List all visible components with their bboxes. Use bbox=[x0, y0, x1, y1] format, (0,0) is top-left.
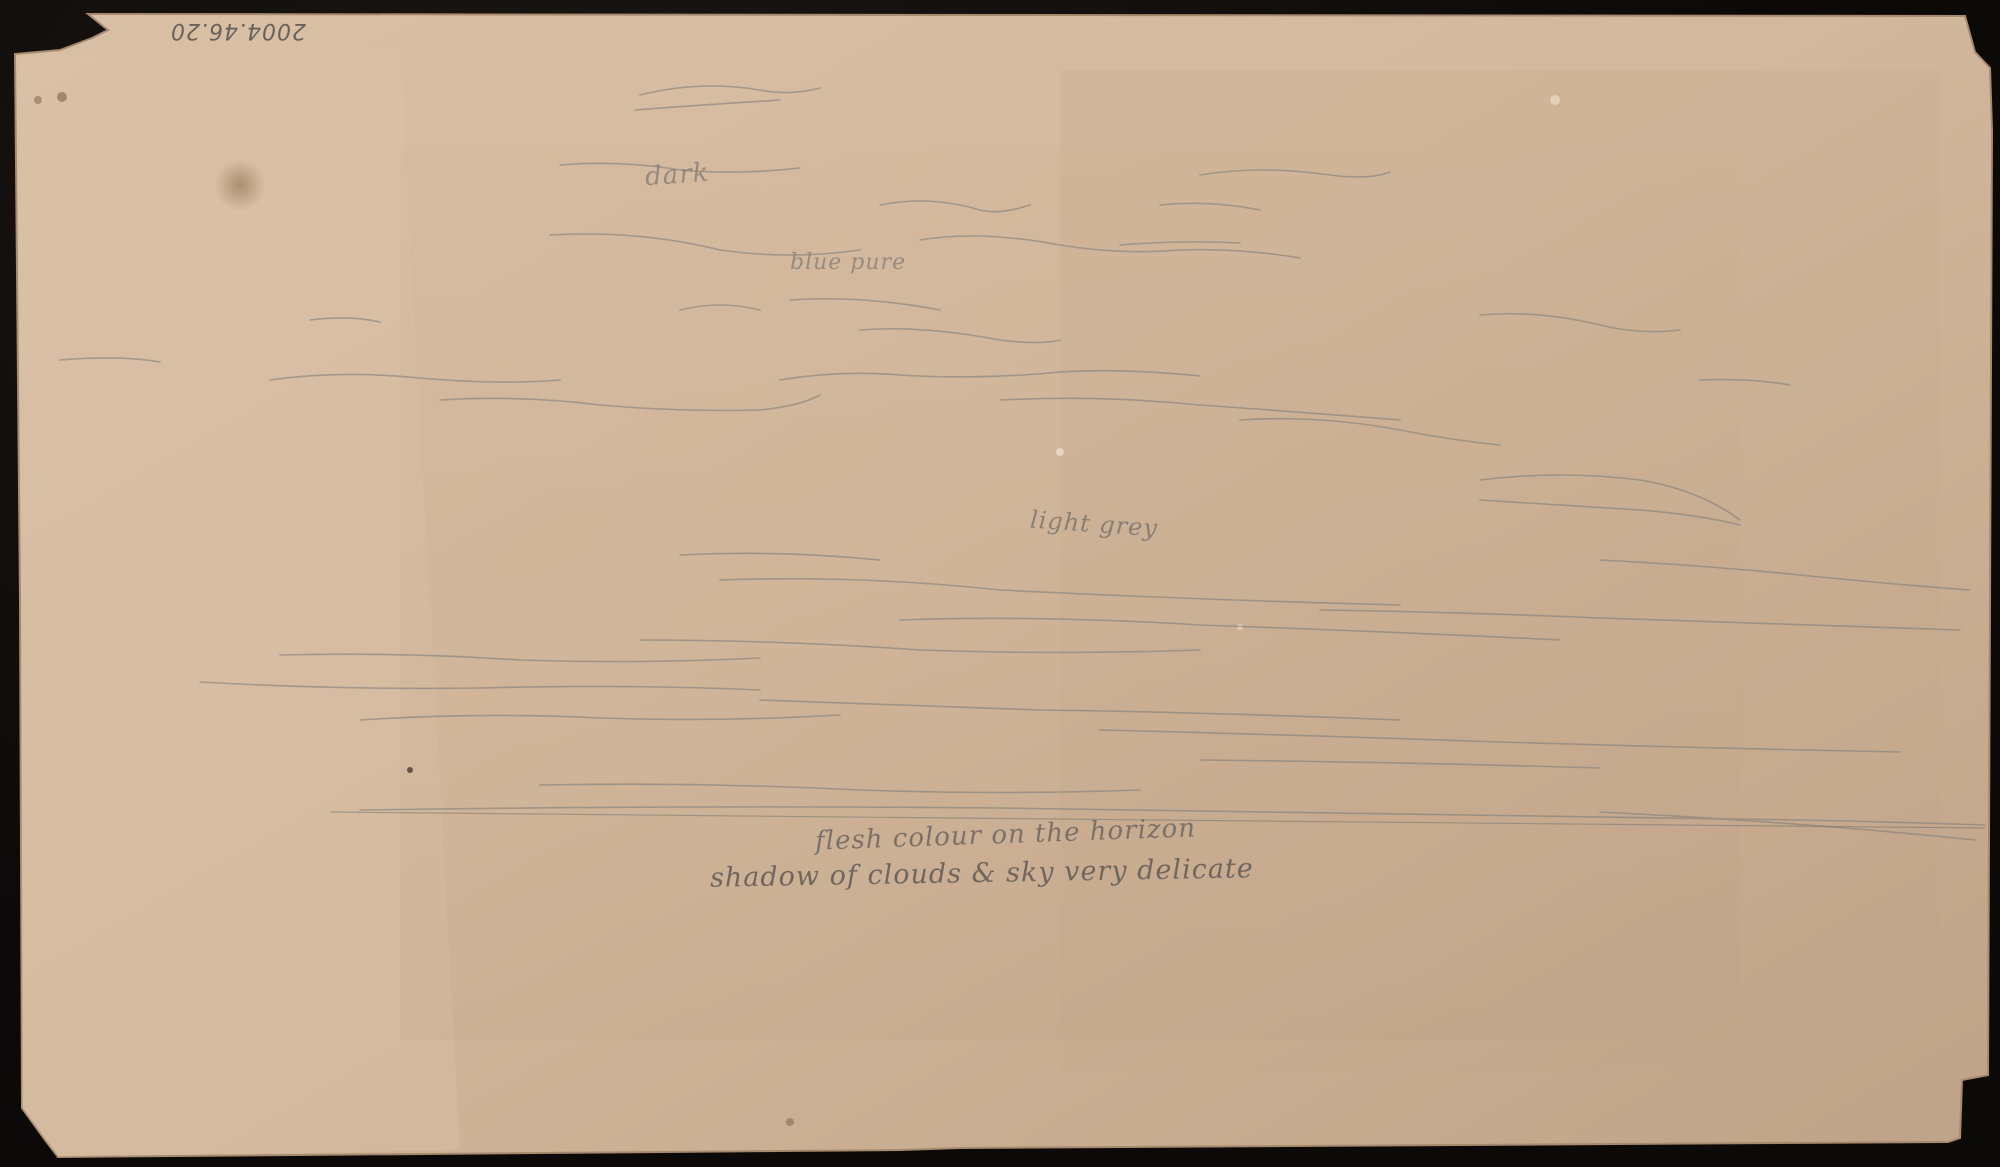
sketch-drawing bbox=[0, 0, 2000, 1167]
accession-number: 2004.46.20 bbox=[170, 18, 306, 43]
note-blue-pure: blue pure bbox=[790, 250, 906, 275]
paper-sheet: 2004.46.20 dark blue pure light grey fle… bbox=[0, 0, 2000, 1167]
note-dark: dark bbox=[644, 158, 710, 192]
